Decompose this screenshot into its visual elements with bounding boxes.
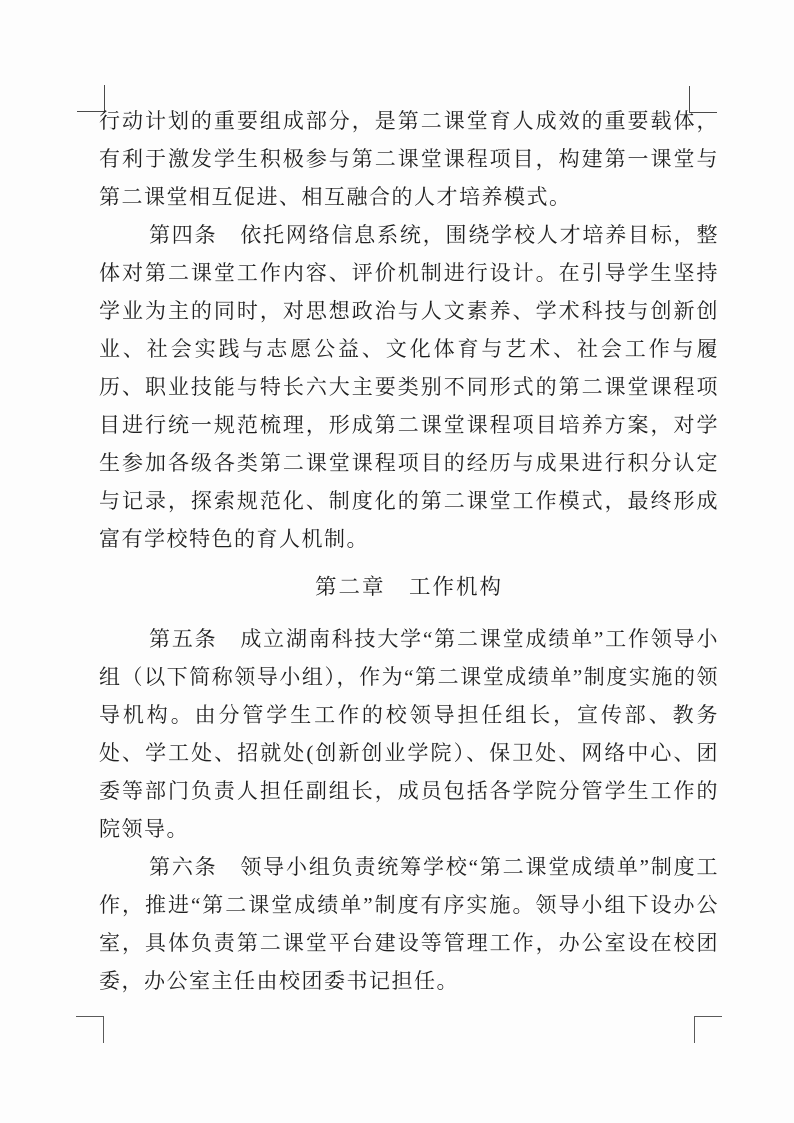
paragraph-article-4: 第四条 依托网络信息系统，围绕学校人才培养目标，整体对第二课堂工作内容、评价机制…: [99, 216, 719, 558]
paragraph-continuation: 行动计划的重要组成部分，是第二课堂育人成效的重要载体，有利于激发学生积极参与第二…: [99, 102, 719, 216]
chapter-heading: 第二章 工作机构: [99, 568, 719, 606]
crop-mark-bottom-left: [76, 1016, 104, 1043]
paragraph-article-6: 第六条 领导小组负责统筹学校“第二课堂成绩单”制度工作，推进“第二课堂成绩单”制…: [99, 848, 719, 1000]
document-content: 行动计划的重要组成部分，是第二课堂育人成效的重要载体，有利于激发学生积极参与第二…: [99, 102, 719, 1000]
crop-mark-bottom-right: [694, 1016, 722, 1043]
document-page: 行动计划的重要组成部分，是第二课堂育人成效的重要载体，有利于激发学生积极参与第二…: [0, 0, 794, 1123]
paragraph-article-5: 第五条 成立湖南科技大学“第二课堂成绩单”工作领导小组（以下简称领导小组），作为…: [99, 620, 719, 848]
